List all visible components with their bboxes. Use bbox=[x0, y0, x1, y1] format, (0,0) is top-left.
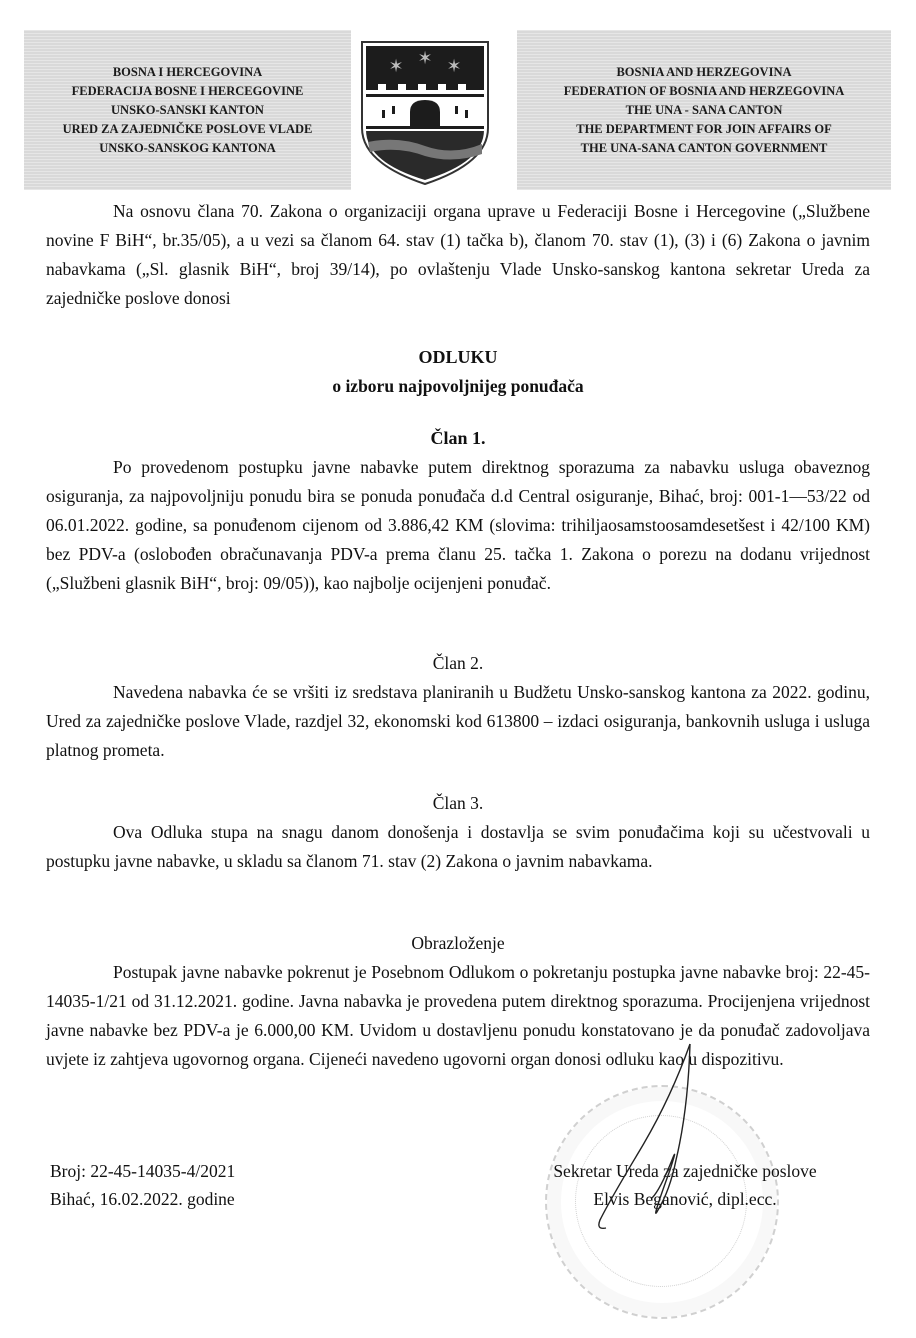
header-line: URED ZA ZAJEDNIČKE POSLOVE VLADE bbox=[63, 120, 313, 139]
decision-title-section: ODLUKU o izboru najpovoljnijeg ponuđača bbox=[46, 343, 870, 401]
header-line: THE UNA-SANA CANTON GOVERNMENT bbox=[581, 139, 828, 158]
document-page: BOSNA I HERCEGOVINA FEDERACIJA BOSNE I H… bbox=[0, 0, 916, 1338]
reasoning-text: Postupak javne nabavke pokrenut je Poseb… bbox=[46, 958, 870, 1074]
article-heading: Član 3. bbox=[46, 789, 870, 818]
article-heading: Član 2. bbox=[46, 649, 870, 678]
header-english: BOSNIA AND HERZEGOVINA FEDERATION OF BOS… bbox=[517, 30, 891, 190]
document-number: Broj: 22-45-14035-4/2021 bbox=[50, 1157, 235, 1185]
preamble-text: Na osnovu člana 70. Zakona o organizacij… bbox=[46, 197, 870, 313]
svg-text:✶: ✶ bbox=[388, 56, 403, 77]
header-line: UNSKO-SANSKOG KANTONA bbox=[99, 139, 276, 158]
preamble-section: Na osnovu člana 70. Zakona o organizacij… bbox=[46, 197, 870, 313]
header-line: FEDERATION OF BOSNIA AND HERZEGOVINA bbox=[564, 82, 845, 101]
signature-block: Sekretar Ureda za zajedničke poslove Elv… bbox=[510, 1157, 860, 1213]
reasoning-section: Obrazloženje Postupak javne nabavke pokr… bbox=[46, 929, 870, 1074]
header-bosnian: BOSNA I HERCEGOVINA FEDERACIJA BOSNE I H… bbox=[24, 30, 351, 190]
signer-title: Sekretar Ureda za zajedničke poslove bbox=[510, 1157, 860, 1185]
header-line: BOSNA I HERCEGOVINA bbox=[113, 63, 262, 82]
article-heading: Član 1. bbox=[46, 424, 870, 453]
article-1: Član 1. Po provedenom postupku javne nab… bbox=[46, 424, 870, 598]
header-line: BOSNIA AND HERZEGOVINA bbox=[616, 63, 791, 82]
coat-of-arms-icon: ✶✶✶ bbox=[358, 38, 492, 188]
reasoning-heading: Obrazloženje bbox=[46, 929, 870, 958]
header-line: FEDERACIJA BOSNE I HERCEGOVINE bbox=[72, 82, 304, 101]
article-2: Član 2. Navedena nabavka će se vršiti iz… bbox=[46, 649, 870, 765]
crest-container: ✶✶✶ bbox=[352, 30, 516, 190]
svg-text:✶: ✶ bbox=[446, 56, 461, 77]
document-place-date: Bihać, 16.02.2022. godine bbox=[50, 1185, 235, 1213]
header-line: THE UNA - SANA CANTON bbox=[626, 101, 783, 120]
svg-text:✶: ✶ bbox=[417, 48, 432, 69]
document-reference: Broj: 22-45-14035-4/2021 Bihać, 16.02.20… bbox=[50, 1157, 235, 1213]
decision-subtitle: o izboru najpovoljnijeg ponuđača bbox=[46, 372, 870, 401]
header-line: THE DEPARTMENT FOR JOIN AFFAIRS OF bbox=[576, 120, 831, 139]
decision-title: ODLUKU bbox=[46, 343, 870, 372]
signer-name: Elvis Beganović, dipl.ecc. bbox=[510, 1185, 860, 1213]
article-text: Navedena nabavka će se vršiti iz sredsta… bbox=[46, 678, 870, 765]
header-line: UNSKO-SANSKI KANTON bbox=[111, 101, 264, 120]
article-text: Ova Odluka stupa na snagu danom donošenj… bbox=[46, 818, 870, 876]
article-3: Član 3. Ova Odluka stupa na snagu danom … bbox=[46, 789, 870, 876]
article-text: Po provedenom postupku javne nabavke put… bbox=[46, 453, 870, 598]
